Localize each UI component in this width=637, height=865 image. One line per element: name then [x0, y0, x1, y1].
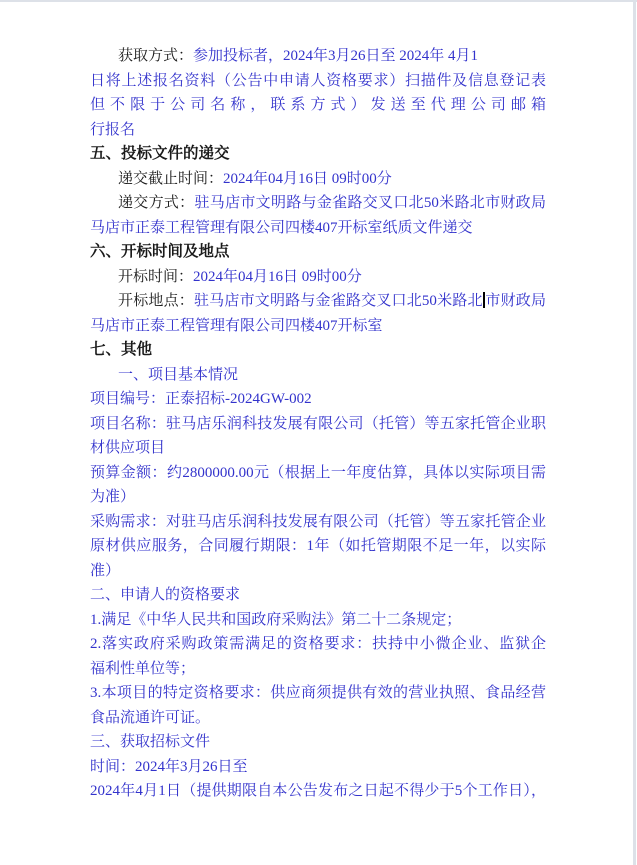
- text-line[interactable]: 时间：2024年3月26日至: [90, 755, 546, 780]
- text-line[interactable]: 项目编号：正泰招标-2024GW-002: [90, 387, 546, 412]
- text-line[interactable]: 采购需求：对驻马店乐润科技发展有限公司（托管）等五家托管企业职工食堂: [90, 510, 546, 535]
- text-run: 预算金额：约2800000.00元（根据上一年度估算，具体以实际项目需求供货量: [90, 465, 546, 486]
- text-line[interactable]: 2.落实政府采购政策需满足的资格要求：扶持中小微企业、监狱企业、残疾人: [90, 632, 546, 657]
- text-run: 开标地点：: [118, 293, 194, 309]
- text-line[interactable]: 食品流通许可证。: [90, 706, 546, 731]
- text-run: 但不限于公司名称，联系方式）发送至代理公司邮箱（403663193@qq.com…: [90, 97, 546, 118]
- text-run: 开标时间：: [118, 269, 193, 285]
- text-run: 二、申请人的资格要求: [90, 587, 240, 603]
- text-run: 2024年04月16日 09时00分: [193, 269, 362, 285]
- text-line[interactable]: 原材供应服务，合同履行期限：1年（如托管期限不足一年，以实际托管期限为: [90, 534, 546, 559]
- text-line[interactable]: 福利性单位等；: [90, 657, 546, 682]
- text-run: 七、其他: [90, 341, 152, 358]
- text-line[interactable]: 五、投标文件的递交: [90, 142, 546, 167]
- text-line[interactable]: 马店市正泰工程管理有限公司四楼407开标室: [90, 314, 546, 339]
- text-run: 五、投标文件的递交: [90, 145, 230, 162]
- text-run: 福利性单位等；: [90, 661, 195, 677]
- text-line[interactable]: 获取方式：参加投标者，2024年3月26日至 2024年 4月1: [90, 44, 546, 69]
- text-run: 为准）: [90, 489, 135, 505]
- text-line[interactable]: 预算金额：约2800000.00元（根据上一年度估算，具体以实际项目需求供货量: [90, 461, 546, 486]
- text-run: 2024年04月16日 09时00分: [223, 171, 392, 187]
- text-line[interactable]: 开标时间：2024年04月16日 09时00分: [90, 265, 546, 290]
- text-line[interactable]: 日将上述报名资料（公告中申请人资格要求）扫描件及信息登记表（内容包括: [90, 69, 546, 94]
- text-line[interactable]: 开标地点：驻马店市文明路与金雀路交叉口北50米路北市财政局附属楼驻: [90, 289, 546, 314]
- text-line[interactable]: 七、其他: [90, 338, 546, 363]
- text-line[interactable]: 递交方式：驻马店市文明路与金雀路交叉口北50米路北市财政局附属楼驻: [90, 191, 546, 216]
- text-line[interactable]: 为准）: [90, 485, 546, 510]
- text-line[interactable]: 2024年4月1日（提供期限自本公告发布之日起不得少于5个工作日），每天上午: [90, 779, 546, 804]
- text-line[interactable]: 准）: [90, 559, 546, 584]
- text-line[interactable]: 1.满足《中华人民共和国政府采购法》第二十二条规定；: [90, 608, 546, 633]
- text-run: 日将上述报名资料（公告中申请人资格要求）扫描件及信息登记表（内容包括: [90, 73, 546, 94]
- text-run: 1.满足《中华人民共和国政府采购法》第二十二条规定；: [90, 612, 461, 628]
- text-line[interactable]: 六、开标时间及地点: [90, 240, 546, 265]
- text-line[interactable]: 项目名称：驻马店乐润科技发展有限公司（托管）等五家托管企业职工食堂原: [90, 412, 546, 437]
- page-top-edge: [0, 0, 637, 2]
- page-right-edge: [633, 0, 636, 865]
- text-run: 行报名: [90, 122, 135, 138]
- document-viewport: 获取方式：参加投标者，2024年3月26日至 2024年 4月1日将上述报名资料…: [0, 0, 637, 865]
- text-line[interactable]: 二、申请人的资格要求: [90, 583, 546, 608]
- text-run: 三、获取招标文件: [90, 734, 210, 750]
- text-run: 项目编号：正泰招标-2024GW-002: [90, 391, 312, 407]
- text-run: 递交方式：: [118, 195, 194, 211]
- text-run: 一、项目基本情况: [118, 367, 238, 383]
- text-run: 3.本项目的特定资格要求：供应商须提供有效的营业执照、食品经营许可证或: [90, 685, 546, 706]
- text-run: 递交截止时间：: [118, 171, 223, 187]
- text-run: 材供应项目: [90, 440, 165, 456]
- text-line[interactable]: 材供应项目: [90, 436, 546, 461]
- text-run: 采购需求：对驻马店乐润科技发展有限公司（托管）等五家托管企业职工食堂: [90, 514, 546, 535]
- text-run: 驻马店市文明路与金雀路交叉口北50米路北: [194, 293, 483, 309]
- text-run: 马店市正泰工程管理有限公司四楼407开标室: [90, 318, 383, 334]
- text-line[interactable]: 递交截止时间：2024年04月16日 09时00分: [90, 167, 546, 192]
- text-line[interactable]: 3.本项目的特定资格要求：供应商须提供有效的营业执照、食品经营许可证或: [90, 681, 546, 706]
- text-line[interactable]: 但不限于公司名称，联系方式）发送至代理公司邮箱（403663193@qq.com…: [90, 93, 546, 118]
- text-run: 2.落实政府采购政策需满足的资格要求：扶持中小微企业、监狱企业、残疾人: [90, 636, 546, 657]
- text-line[interactable]: 马店市正泰工程管理有限公司四楼407开标室纸质文件递交: [90, 216, 546, 241]
- text-run: 2024年4月1日（提供期限自本公告发布之日起不得少于5个工作日），每天上午: [90, 783, 546, 804]
- text-line[interactable]: 一、项目基本情况: [90, 363, 546, 388]
- text-run: 原材供应服务，合同履行期限：1年（如托管期限不足一年，以实际托管期限为: [90, 538, 546, 559]
- text-run: 马店市正泰工程管理有限公司四楼407开标室纸质文件递交: [90, 220, 473, 236]
- text-line[interactable]: 行报名: [90, 118, 546, 143]
- text-run: 获取方式：: [118, 48, 193, 64]
- text-line[interactable]: 三、获取招标文件: [90, 730, 546, 755]
- text-run: 食品流通许可证。: [90, 710, 210, 726]
- text-run: 六、开标时间及地点: [90, 243, 230, 260]
- text-run: 参加投标者，2024年3月26日至 2024年 4月1: [193, 48, 478, 64]
- text-run: 时间：2024年3月26日至: [90, 759, 248, 775]
- document-canvas[interactable]: 获取方式：参加投标者，2024年3月26日至 2024年 4月1日将上述报名资料…: [90, 44, 546, 804]
- text-run: 准）: [90, 563, 120, 579]
- text-run: 项目名称：驻马店乐润科技发展有限公司（托管）等五家托管企业职工食堂原: [90, 416, 546, 437]
